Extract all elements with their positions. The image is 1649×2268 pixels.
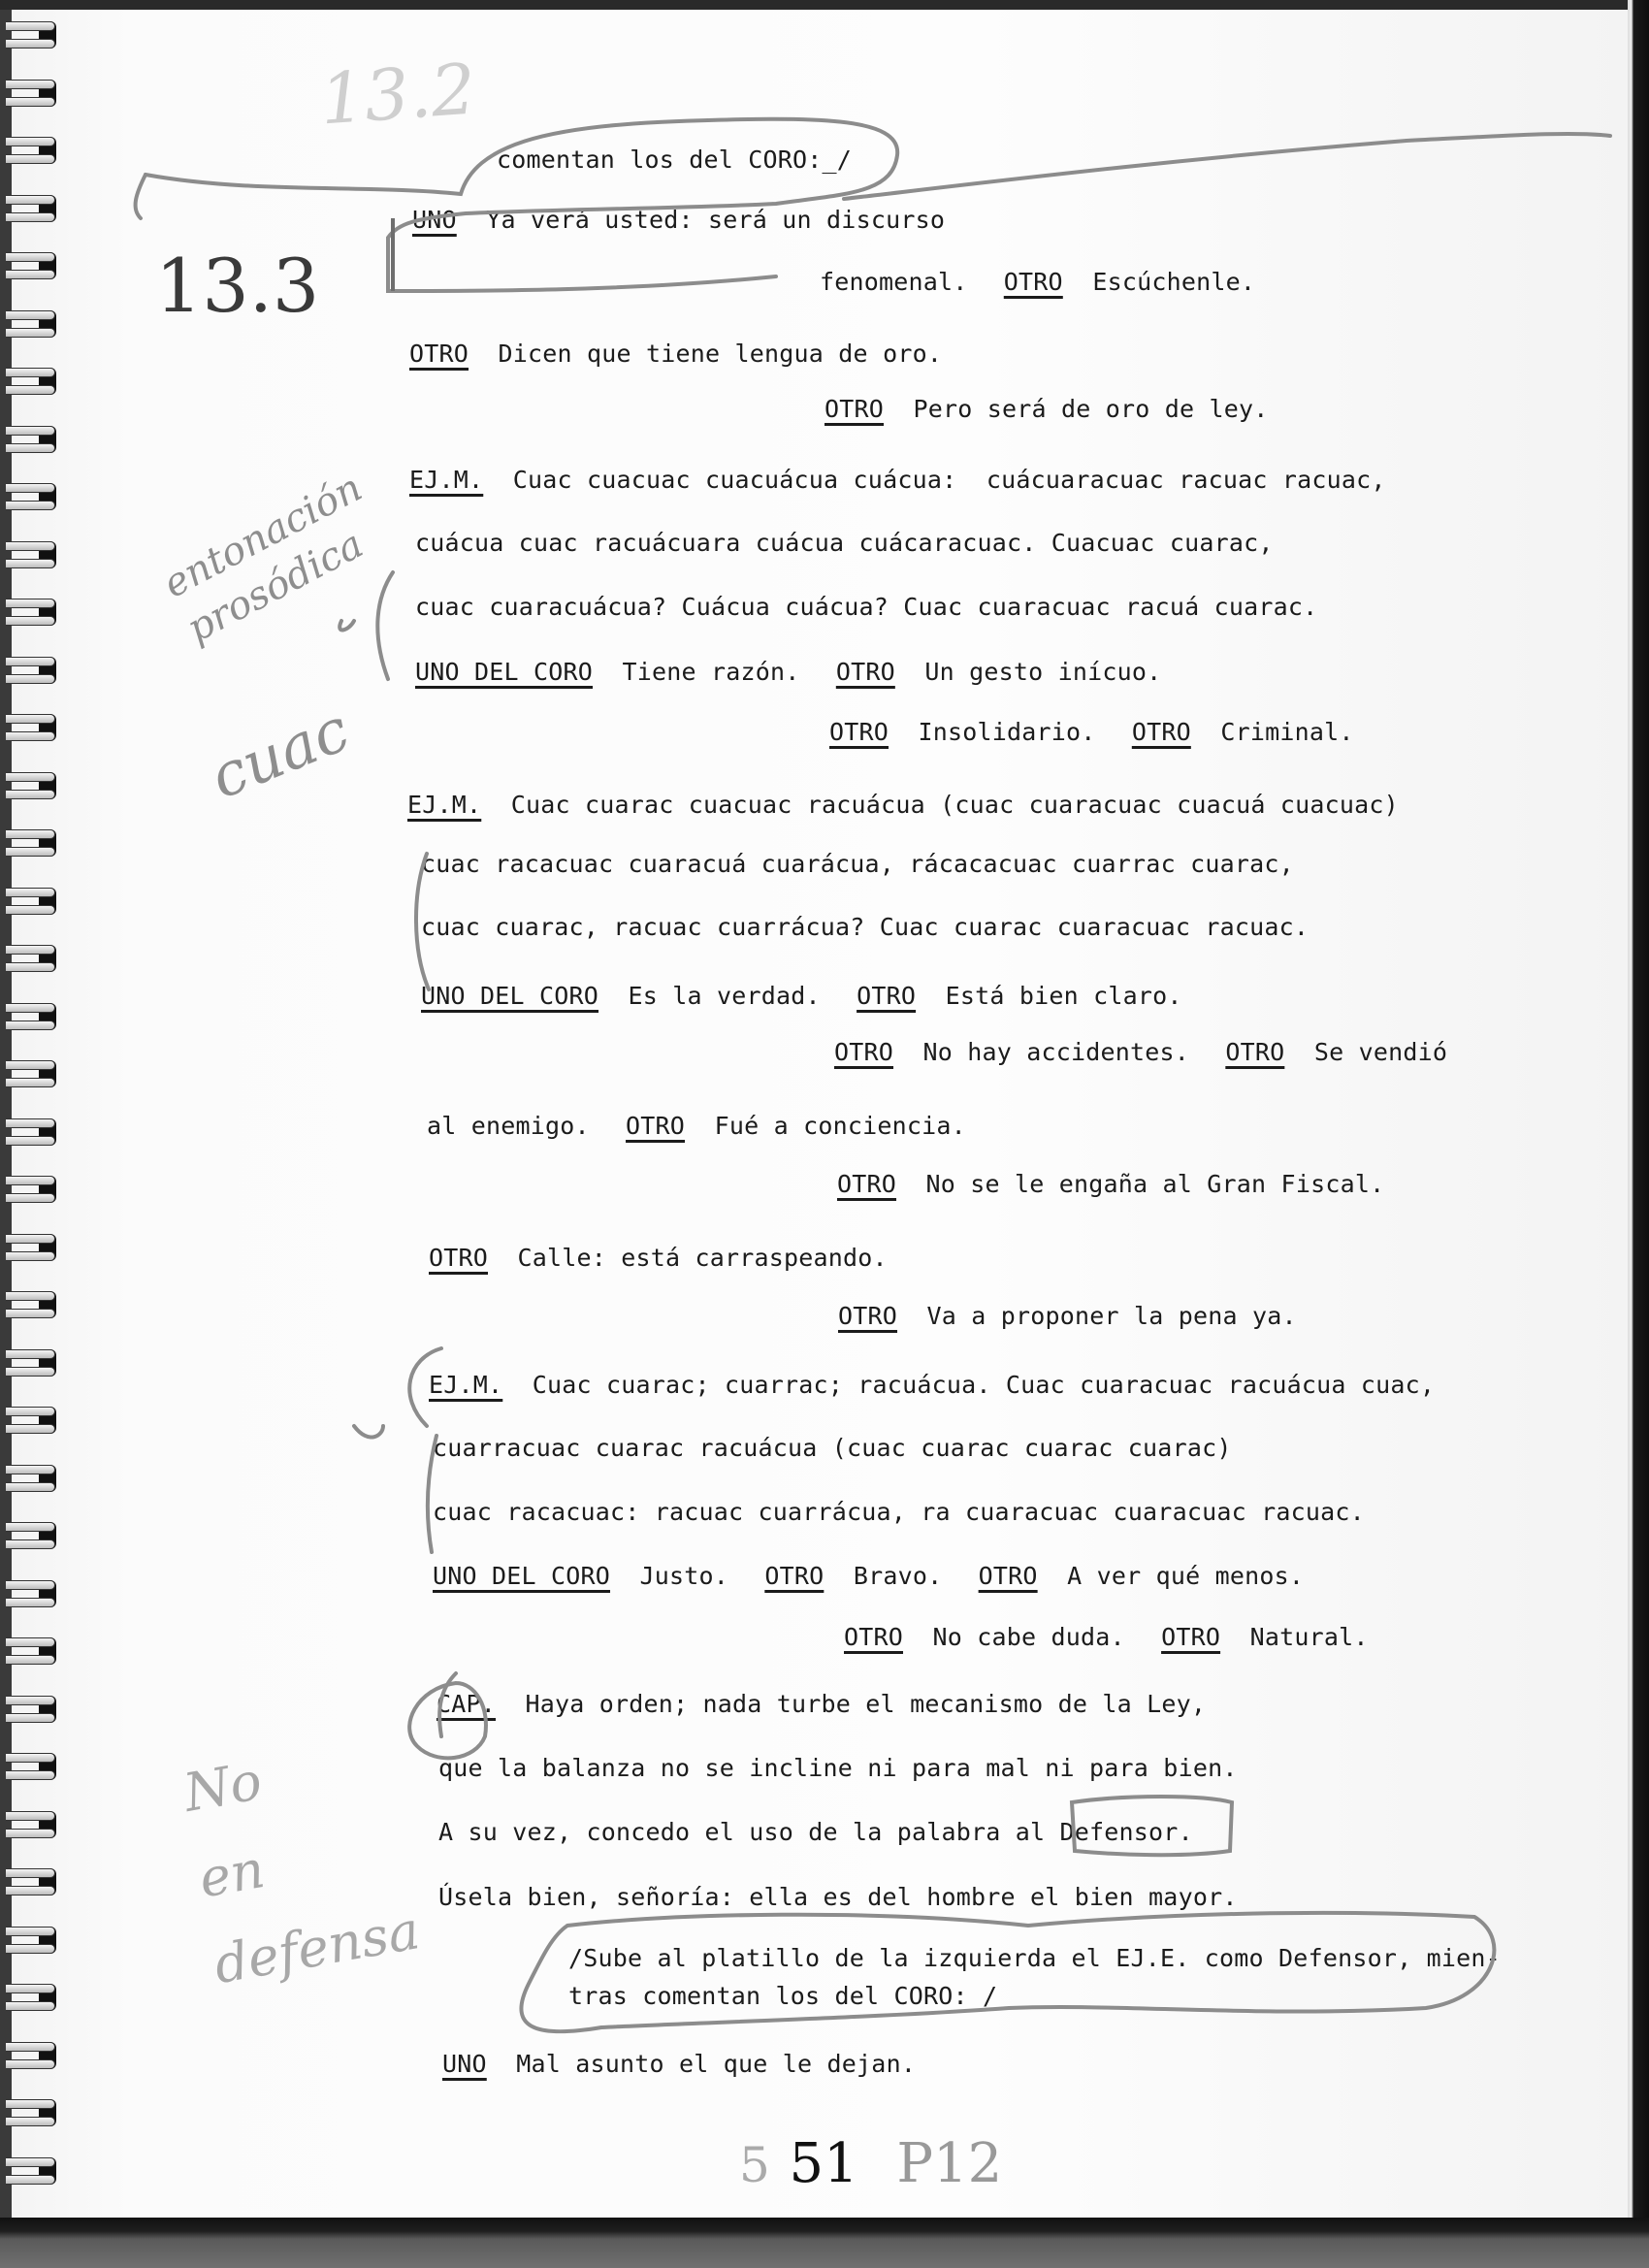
spiral-ring	[6, 137, 56, 166]
dialogue-text: que la balanza no se incline ni para mal…	[438, 1754, 1238, 1782]
spiral-ring	[6, 21, 56, 50]
dialogue-text: Criminal.	[1220, 718, 1353, 746]
spiral-ring	[6, 1176, 56, 1205]
dialogue-text: Escúchenle.	[1092, 268, 1255, 296]
dialogue-text: Mal asunto el que le dejan.	[516, 2050, 916, 2078]
spiral-ring	[6, 1868, 56, 1897]
speaker-label: OTRO	[409, 340, 469, 368]
dialogue-text: Fué a conciencia.	[715, 1112, 966, 1140]
script-line: EJ.M. Cuac cuacuac cuacuácua cuácua: cuá…	[409, 466, 1386, 495]
spiral-ring	[6, 2157, 56, 2187]
script-line: EJ.M. Cuac cuarac cuacuac racuácua (cuac…	[407, 791, 1399, 820]
dialogue-text: Pero será de oro de ley.	[914, 395, 1269, 423]
spiral-ring	[6, 1580, 56, 1609]
dialogue-text: cuac cuarac, racuac cuarrácua? Cuac cuar…	[421, 913, 1309, 941]
script-line: comentan los del CORO:_/	[497, 146, 852, 175]
speaker-label: OTRO	[838, 1302, 897, 1330]
dialogue-text: Cuac cuarac; cuarrac; racuácua. Cuac cua…	[533, 1371, 1435, 1399]
script-line: A su vez, concedo el uso de la palabra a…	[438, 1818, 1193, 1847]
dialogue-text: Bravo.	[854, 1562, 943, 1590]
script-line: UNO Mal asunto el que le dejan.	[442, 2050, 916, 2079]
speaker-label: EJ.M.	[429, 1371, 502, 1399]
script-line: OTRO Insolidario. OTRO Criminal.	[829, 718, 1354, 747]
spiral-ring	[6, 1984, 56, 2013]
script-line: OTRO No hay accidentes. OTRO Se vendió	[834, 1038, 1447, 1067]
speaker-label: UNO	[412, 206, 457, 234]
dialogue-text: No cabe duda.	[933, 1623, 1125, 1651]
spiral-ring	[6, 1465, 56, 1494]
dialogue-text: Insolidario.	[919, 718, 1096, 746]
spiral-ring	[6, 829, 56, 859]
script-line: OTRO Pero será de oro de ley.	[824, 395, 1269, 424]
script-line: OTRO Va a proponer la pena ya.	[838, 1302, 1297, 1331]
script-line: que la balanza no se incline ni para mal…	[438, 1754, 1238, 1783]
spiral-ring	[6, 1003, 56, 1032]
spiral-ring	[6, 1060, 56, 1089]
dialogue-text: No se le engaña al Gran Fiscal.	[926, 1170, 1385, 1198]
spiral-ring	[6, 888, 56, 917]
spiral-ring	[6, 1927, 56, 1956]
dialogue-text: Justo.	[640, 1562, 729, 1590]
spiral-ring	[6, 1696, 56, 1725]
page-ref-pencil: P12	[896, 2132, 1002, 2195]
dialogue-text: cuácua cuac racuácuara cuácua cuácaracua…	[415, 529, 1274, 557]
speaker-label: OTRO	[764, 1562, 824, 1590]
speaker-label: OTRO	[844, 1623, 903, 1651]
speaker-label: UNO DEL CORO	[421, 982, 598, 1010]
speaker-label: OTRO	[836, 658, 895, 686]
speaker-label: OTRO	[857, 982, 916, 1010]
spiral-ring	[6, 2099, 56, 2128]
spiral-ring	[6, 426, 56, 455]
dialogue-text: Se vendió	[1314, 1038, 1447, 1066]
dialogue-text: comentan los del CORO:_/	[497, 146, 852, 174]
dialogue-text: Un gesto inícuo.	[924, 658, 1161, 686]
dialogue-text: Dicen que tiene lengua de oro.	[499, 340, 943, 368]
dialogue-text: cuarracuac cuarac racuácua (cuac cuarac …	[433, 1434, 1232, 1462]
spiral-ring	[6, 368, 56, 397]
dialogue-text: Tiene razón.	[623, 658, 800, 686]
dialogue-text: cuac cuaracuácua? Cuácua cuácua? Cuac cu…	[415, 593, 1317, 621]
spiral-ring	[6, 1349, 56, 1378]
speaker-label: EJ.M.	[407, 791, 481, 819]
page-number-pencil-prefix: 5	[739, 2137, 770, 2193]
spiral-ring	[6, 1291, 56, 1320]
scan-edge-top	[0, 0, 1649, 10]
script-line: OTRO No cabe duda. OTRO Natural.	[844, 1623, 1369, 1652]
dialogue-text: No hay accidentes.	[923, 1038, 1190, 1066]
dialogue-text: Natural.	[1250, 1623, 1369, 1651]
script-line: OTRO Dicen que tiene lengua de oro.	[409, 340, 942, 369]
script-line: cuac racacuac: racuac cuarrácua, ra cuar…	[433, 1498, 1365, 1527]
dialogue-text: cuac racacuac cuaracuá cuarácua, rácacac…	[421, 850, 1294, 878]
speaker-label: OTRO	[837, 1170, 896, 1198]
script-line: OTRO No se le engaña al Gran Fiscal.	[837, 1170, 1384, 1199]
dialogue-text: /Sube al platillo de la izquierda el EJ.…	[568, 1944, 1501, 1972]
dialogue-text: tras comentan los del CORO:_/	[568, 1982, 997, 2010]
spiral-ring	[6, 1118, 56, 1148]
dialogue-text: A su vez, concedo el uso de la palabra a…	[438, 1818, 1193, 1846]
stage-direction-line: /Sube al platillo de la izquierda el EJ.…	[568, 1944, 1501, 1973]
script-line: cuac cuaracuácua? Cuácua cuácua? Cuac cu…	[415, 593, 1317, 622]
script-line: cuácua cuac racuácuara cuácua cuácaracua…	[415, 529, 1274, 558]
speaker-label: OTRO	[979, 1562, 1038, 1590]
script-line: cuac racacuac cuaracuá cuarácua, rácacac…	[421, 850, 1294, 879]
speaker-label: OTRO	[429, 1244, 488, 1272]
script-line: EJ.M. Cuac cuarac; cuarrac; racuácua. Cu…	[429, 1371, 1435, 1400]
speaker-label: OTRO	[834, 1038, 893, 1066]
spiral-ring	[6, 945, 56, 974]
dialogue-text: Cuac cuarac cuacuac racuácua (cuac cuara…	[511, 791, 1399, 819]
dialogue-text: Es la verdad.	[629, 982, 821, 1010]
speaker-label: EJ.M.	[409, 466, 483, 494]
speaker-label: OTRO	[1225, 1038, 1284, 1066]
speaker-label: OTRO	[1161, 1623, 1220, 1651]
dialogue-text: Úsela bien, señoría: ella es del hombre …	[438, 1883, 1238, 1911]
dialogue-text: Ya verá usted: será un discurso	[486, 206, 945, 234]
speaker-label: CAP.	[436, 1690, 496, 1718]
script-line: cuarracuac cuarac racuácua (cuac cuarac …	[433, 1434, 1232, 1463]
spiral-ring	[6, 80, 56, 109]
spiral-ring	[6, 1637, 56, 1667]
stage-direction-line: tras comentan los del CORO:_/	[568, 1982, 997, 2011]
dialogue-text: fenomenal.	[820, 268, 968, 296]
script-line: cuac cuarac, racuac cuarrácua? Cuac cuar…	[421, 913, 1309, 942]
spiral-ring	[6, 1407, 56, 1436]
spiral-ring	[6, 252, 56, 281]
dialogue-text: Calle: está carraspeando.	[518, 1244, 888, 1272]
handwritten-page-number: 5 51 P12	[739, 2132, 963, 2195]
speaker-label: OTRO	[1132, 718, 1191, 746]
dialogue-text: Va a proponer la pena ya.	[927, 1302, 1297, 1330]
spiral-ring	[6, 2042, 56, 2071]
handwritten-section-number: 13.3	[155, 243, 319, 329]
speaker-label: OTRO	[824, 395, 884, 423]
speaker-label: OTRO	[1004, 268, 1063, 296]
scan-edge-right	[1628, 0, 1649, 2231]
spiral-ring	[6, 714, 56, 743]
scan-edge-bottom	[0, 2218, 1649, 2268]
speaker-label: OTRO	[626, 1112, 685, 1140]
speaker-label: OTRO	[829, 718, 889, 746]
script-line: UNO Ya verá usted: será un discurso	[412, 206, 945, 235]
speaker-label: UNO DEL CORO	[415, 658, 593, 686]
spiral-ring	[6, 657, 56, 686]
spiral-ring	[6, 599, 56, 628]
dialogue-text: cuac racacuac: racuac cuarrácua, ra cuar…	[433, 1498, 1365, 1526]
dialogue-text: Cuac cuacuac cuacuácua cuácua: cuácuarac…	[513, 466, 1386, 494]
spiral-ring	[6, 772, 56, 801]
script-line: UNO DEL CORO Es la verdad. OTRO Está bie…	[421, 982, 1182, 1011]
spiral-ring	[6, 1811, 56, 1840]
dialogue-text: al enemigo.	[427, 1112, 590, 1140]
spiral-ring	[6, 195, 56, 224]
script-line: UNO DEL CORO Justo. OTRO Bravo. OTRO A v…	[433, 1562, 1304, 1591]
spiral-ring	[6, 541, 56, 570]
script-line: UNO DEL CORO Tiene razón. OTRO Un gesto …	[415, 658, 1161, 687]
dialogue-text: Haya orden; nada turbe el mecanismo de l…	[526, 1690, 1207, 1718]
page-number-ink: 51	[789, 2132, 857, 2195]
speaker-label: UNO DEL CORO	[433, 1562, 610, 1590]
script-line: Úsela bien, señoría: ella es del hombre …	[438, 1883, 1238, 1912]
script-line: al enemigo. OTRO Fué a conciencia.	[427, 1112, 966, 1141]
dialogue-text: A ver qué menos.	[1067, 1562, 1304, 1590]
script-line: CAP. Haya orden; nada turbe el mecanismo…	[436, 1690, 1206, 1719]
spiral-ring	[6, 310, 56, 340]
handwritten-top-faint: 13.2	[317, 49, 478, 141]
speaker-label: UNO	[442, 2050, 487, 2078]
script-line: OTRO Calle: está carraspeando.	[429, 1244, 888, 1273]
spiral-ring	[6, 1753, 56, 1782]
spiral-ring	[6, 1234, 56, 1263]
spiral-ring	[6, 1522, 56, 1551]
spiral-ring	[6, 483, 56, 512]
dialogue-text: Está bien claro.	[946, 982, 1182, 1010]
script-line: fenomenal. OTRO Escúchenle.	[820, 268, 1255, 297]
